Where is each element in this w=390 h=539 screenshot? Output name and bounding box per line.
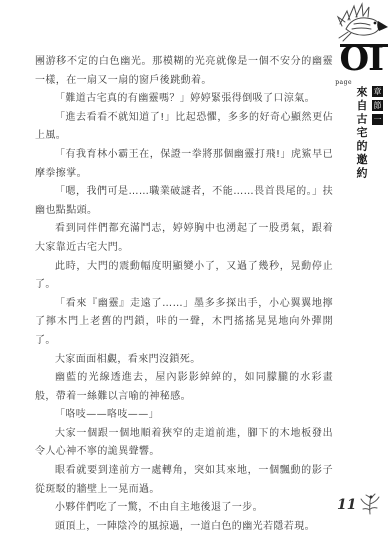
page-number: 11 [337,497,356,513]
chapter-title: 來自古宅的邀約 [353,86,369,181]
story-paragraph: 看到同伴們都充滿鬥志，婷婷胸中也湧起了一股勇氣，跟着大家靠近古宅大門。 [35,220,333,257]
chapter-label-char: 一 [372,114,383,125]
story-paragraph: 「看來『幽靈』走遠了……」墨多多探出手，小心翼翼地擰了擰木門上老舊的門鎖，咔的一… [35,295,333,351]
story-paragraph: 團游移不定的白色幽光。那模糊的光亮就像是一個不安分的幽靈一樣，在一扇又一扇的窗戶… [35,53,333,90]
story-paragraph: 大家一個跟一個地順着狹窄的走道前進，腳下的木地板發出令人心神不寧的詭異聲響。 [35,425,333,462]
story-paragraph: 「有我育林小霸王在，保證一拳將那個幽靈打飛!」虎鯊早已摩拳擦掌。 [35,146,333,183]
plant-doodle-icon [357,492,383,520]
story-paragraph: 頭頂上，一陣陰冷的風掠過，一道白色的幽光若隱若現。 [35,518,333,537]
chapter-sidebar: OI page 來自古宅的邀約 章 節 一 [332,0,390,250]
chapter-number: OI [339,42,383,76]
chapter-label-char: 節 [372,100,383,111]
story-paragraph: 眼看就要到達前方一處轉角，突如其來地，一個飄動的影子從斑駁的牆壁上一晃而過。 [35,462,333,499]
story-paragraph: 此時，大門的震動幅度明顯變小了，又過了幾秒，晃動停止了。 [35,258,333,295]
chapter-number-caption: page [335,79,352,86]
story-paragraph: 幽藍的光線透進去，屋內影影綽綽的，如同朦朧的水彩畫般，帶着一絲難以言喻的神秘感。 [35,369,333,406]
story-paragraph: 小夥伴們吃了一驚，不由自主地後退了一步。 [35,499,333,518]
chapter-heading: 來自古宅的邀約 章 節 一 [353,86,383,181]
story-paragraph: 「嗯，我們可是……職業破謎者，不能……畏首畏尾的。」扶幽也點點頭。 [35,183,333,220]
chapter-label-char: 章 [372,86,383,97]
story-paragraph: 「進去看看不就知道了!」比起恐懼，多多的好奇心顯然更佔上風。 [35,109,333,146]
story-text-block: 團游移不定的白色幽光。那模糊的光亮就像是一個不安分的幽靈一樣，在一扇又一扇的窗戶… [35,53,333,536]
story-paragraph: 大家面面相覷，看來門沒鎖死。 [35,351,333,370]
story-paragraph: 「咯吱——咯吱——」 [35,406,333,425]
story-paragraph: 「難道古宅真的有幽靈嗎？」婷婷緊張得倒吸了口涼氣。 [35,90,333,109]
chapter-label: 章 節 一 [372,86,383,125]
